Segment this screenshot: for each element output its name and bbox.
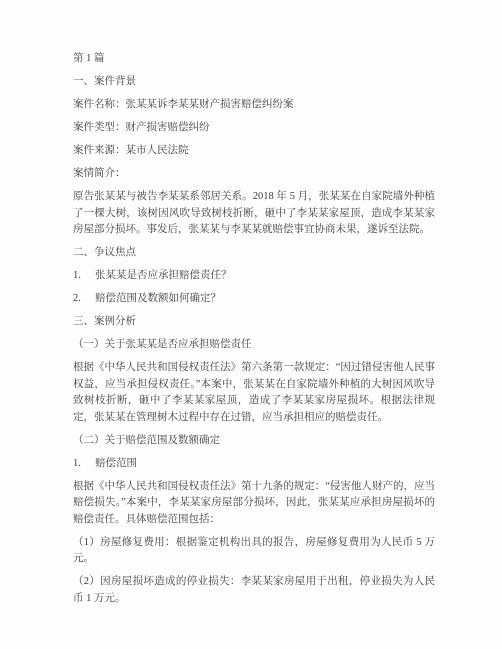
- case-source-line: 案件来源：某市人民法院: [73, 143, 435, 160]
- dispute-item-1: 1. 张某某是否应承担赔偿责任？: [73, 268, 435, 285]
- case-type-line: 案件类型：财产损害赔偿纠纷: [73, 120, 435, 137]
- repair-cost-paragraph: （1）房屋修复费用：根据鉴定机构出具的报告，房屋修复费用为人民币 5 万元。: [73, 535, 435, 568]
- dispute-item-2: 2. 赔偿范围及数额如何确定？: [73, 291, 435, 308]
- case-brief-paragraph: 原告张某某与被告李某某系邻居关系。2018 年 5 月，张某某在自家院墙外种植了…: [73, 189, 435, 239]
- list-number: 2.: [73, 291, 95, 308]
- list-text: 张某某是否应承担赔偿责任？: [95, 268, 435, 285]
- article-index-heading: 第 1 篇: [73, 51, 435, 68]
- section-heading-case-background: 一、案件背景: [73, 74, 435, 91]
- list-text: 赔偿范围: [95, 456, 435, 473]
- case-brief-label: 案情简介：: [73, 166, 435, 183]
- section-heading-case-analysis: 三、案例分析: [73, 314, 435, 331]
- compensation-scope-item: 1. 赔偿范围: [73, 456, 435, 473]
- compensation-scope-paragraph: 根据《中华人民共和国侵权责任法》第十九条的规定：“侵害他人财产的，应当赔偿损失。…: [73, 479, 435, 529]
- case-name-line: 案件名称：张某某诉李某某财产损害赔偿纠纷案: [73, 97, 435, 114]
- subsection-heading-compensation: （二）关于赔偿范围及数额确定: [73, 433, 435, 450]
- list-number: 1.: [73, 456, 95, 473]
- document-page: 第 1 篇 一、案件背景 案件名称：张某某诉李某某财产损害赔偿纠纷案 案件类型：…: [0, 0, 502, 649]
- list-number: 1.: [73, 268, 95, 285]
- section-heading-dispute-focus: 二、争议焦点: [73, 245, 435, 262]
- business-loss-paragraph: （2）因房屋损坏造成的停业损失：李某某家房屋用于出租，停业损失为人民币 1 万元…: [73, 574, 435, 607]
- liability-analysis-paragraph: 根据《中华人民共和国侵权责任法》第六条第一款规定：“因过错侵害他人民事权益，应当…: [73, 360, 435, 426]
- list-text: 赔偿范围及数额如何确定？: [95, 291, 435, 308]
- subsection-heading-liability: （一）关于张某某是否应承担赔偿责任: [73, 337, 435, 354]
- document-content: 第 1 篇 一、案件背景 案件名称：张某某诉李某某财产损害赔偿纠纷案 案件类型：…: [0, 0, 502, 607]
